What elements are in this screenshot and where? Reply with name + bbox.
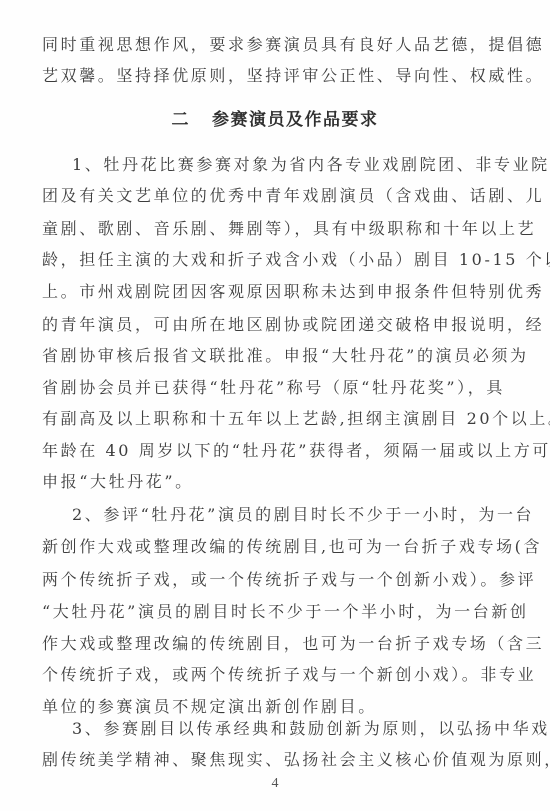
section-heading: 二参赛演员及作品要求 (0, 108, 550, 132)
paragraph-1-line: 有副高及以上职称和十五年以上艺龄,担纲主演剧目 20个以上。 (42, 407, 482, 431)
paragraph-2-line: 单位的参赛演员不规定演出新创作剧目。 (42, 695, 482, 719)
section-number: 二 (172, 110, 191, 130)
paragraph-3-line: 剧传统美学精神、聚焦现实、弘扬社会主义核心价值观为原则， (42, 748, 482, 772)
paragraph-1-line: 省剧协审核后报省文联批准。申报“大牡丹花”的演员必须为 (42, 344, 482, 368)
paragraph-2-line: “大牡丹花”演员的剧目时长不少于一个半小时，为一台新创 (42, 600, 482, 624)
section-title: 参赛演员及作品要求 (212, 110, 379, 130)
paragraph-2-line: 新创作大戏或整理改编的传统剧目,也可为一台折子戏专场(含 (42, 535, 482, 559)
paragraph-2-line: 个传统折子戏，或两个传统折子戏与一个新创小戏）。非专业 (42, 663, 482, 687)
intro-line: 艺双馨。坚持择优原则，坚持评审公正性、导向性、权威性。 (42, 64, 482, 88)
paragraph-1-line: 上。市州戏剧院团因客观原因职称未达到申报条件但特别优秀 (42, 280, 482, 304)
intro-line: 同时重视思想作风，要求参赛演员具有良好人品艺德，提倡德 (42, 33, 482, 57)
paragraph-1-line: 年龄在 40 周岁以下的“牡丹花”获得者，须隔一届或以上方可 (42, 439, 482, 463)
paragraph-2-line: 作大戏或整理改编的传统剧目，也可为一台折子戏专场（含三 (42, 632, 482, 656)
paragraph-1-line: 的青年演员，可由所在地区剧协或院团递交破格申报说明，经 (42, 313, 482, 337)
paragraph-1-line: 童剧、歌剧、音乐剧、舞剧等），具有中级职称和十年以上艺 (42, 217, 482, 241)
paragraph-1-line: 省剧协会员并已获得“牡丹花”称号（原“牡丹花奖”），具 (42, 376, 482, 400)
paragraph-1-line: 龄，担任主演的大戏和折子戏含小戏（小品）剧目 10-15 个以 (42, 248, 482, 272)
document-page: 同时重视思想作风，要求参赛演员具有良好人品艺德，提倡德 艺双馨。坚持择优原则，坚… (0, 0, 550, 811)
paragraph-1-line: 1、牡丹花比赛参赛对象为省内各专业戏剧院团、非专业院 (42, 153, 482, 177)
page-number: 4 (0, 774, 550, 794)
paragraph-1-line: 团及有关文艺单位的优秀中青年戏剧演员（含戏曲、话剧、儿 (42, 184, 482, 208)
paragraph-1-line: 申报“大牡丹花”。 (42, 470, 482, 494)
paragraph-2-line: 两个传统折子戏，或一个传统折子戏与一个创新小戏）。参评 (42, 568, 482, 592)
paragraph-3-line: 3、参赛剧目以传承经典和鼓励创新为原则，以弘扬中华戏 (42, 717, 482, 741)
paragraph-2-line: 2、参评“牡丹花”演员的剧目时长不少于一小时，为一台 (42, 503, 482, 527)
